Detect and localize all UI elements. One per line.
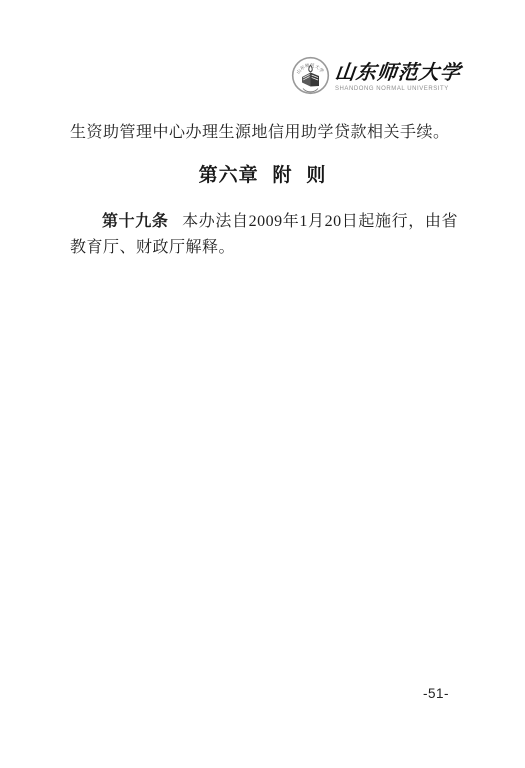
- article-paragraph: 第十九条本办法自2009年1月20日起施行，由省教育厅、财政厅解释。: [70, 209, 458, 260]
- university-seal-icon: 山东师范大学: [291, 56, 330, 95]
- university-logo-text: 山东师范大学 SHANDONG NORMAL UNIVERSITY: [335, 60, 461, 92]
- university-logo: 山东师范大学 山东师范大学 SHANDONG NORMAL UNIVERSITY: [291, 56, 461, 95]
- chapter-heading: 第六章 附 则: [0, 164, 525, 188]
- university-name-en: SHANDONG NORMAL UNIVERSITY: [335, 86, 449, 92]
- document-page: 山东师范大学 山东师范大学 SHANDONG NORMAL UNIVERSITY…: [0, 0, 525, 768]
- page-number: -51-: [423, 686, 449, 701]
- intro-line: 生资助管理中心办理生源地信用助学贷款相关手续。: [70, 122, 458, 143]
- university-name-cn: 山东师范大学: [334, 60, 463, 84]
- article-number: 第十九条: [102, 213, 169, 230]
